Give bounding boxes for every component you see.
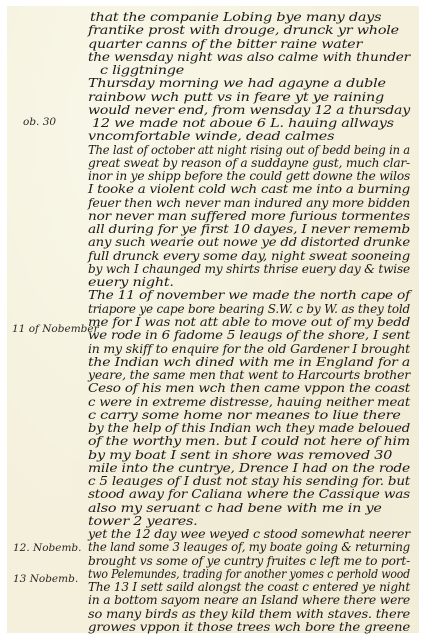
margin-note: 11 of Nobember (12, 323, 99, 335)
margin-note: 13 Nobemb. (13, 573, 78, 585)
margin-note: 12. Nobemb. (13, 542, 82, 554)
margin-note: ob. 30 (23, 116, 56, 128)
manuscript-line: growes vppon it those trees wch bore the… (88, 619, 410, 634)
